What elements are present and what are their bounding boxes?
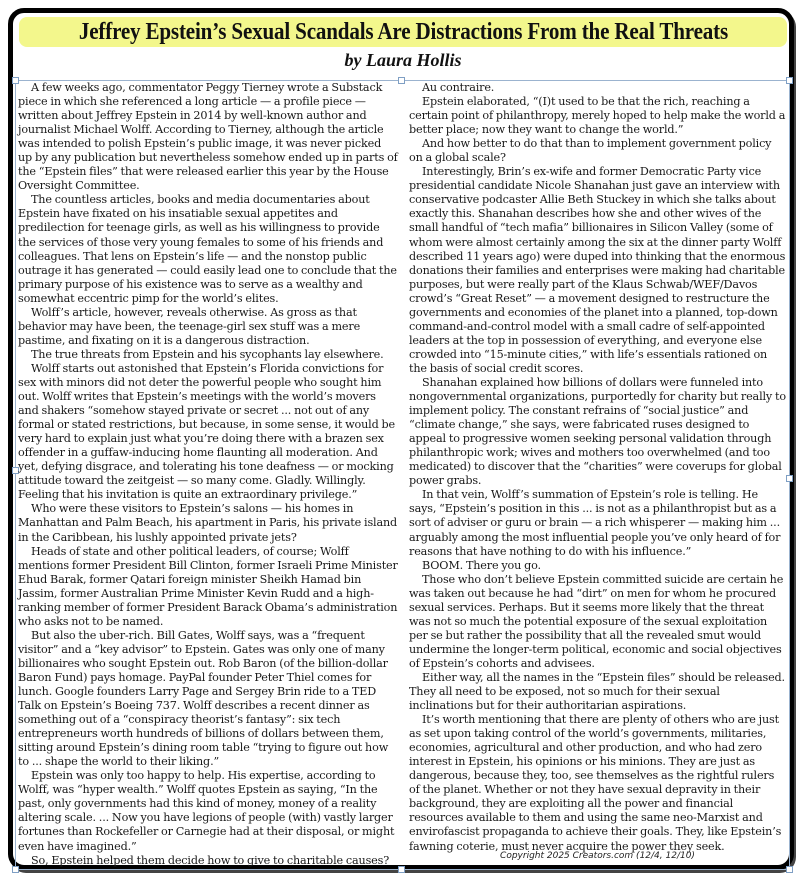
- paragraph: Wolff starts out astonished that Epstein…: [18, 362, 398, 502]
- title-highlight: Jeffrey Epstein’s Sexual Scandals Are Di…: [19, 17, 787, 47]
- resize-handle-middle-right[interactable]: [786, 475, 793, 482]
- paragraph: The countless articles, books and media …: [18, 193, 398, 305]
- paragraph: Those who don’t believe Epstein committe…: [409, 573, 786, 671]
- article-title: Jeffrey Epstein’s Sexual Scandals Are Di…: [78, 18, 727, 46]
- paragraph: Interestingly, Brin’s ex-wife and former…: [409, 165, 786, 376]
- paragraph: It’s worth mentioning that there are ple…: [409, 713, 786, 853]
- resize-handle-bottom-middle[interactable]: [398, 866, 405, 873]
- paragraph: Au contraire.: [409, 81, 786, 95]
- paragraph: But also the uber-rich. Bill Gates, Wolf…: [18, 629, 398, 769]
- paragraph: The true threats from Epstein and his sy…: [18, 348, 398, 362]
- resize-handle-bottom-right[interactable]: [786, 866, 793, 873]
- paragraph: In that vein, Wolff’s summation of Epste…: [409, 488, 786, 558]
- paragraph: Who were these visitors to Epstein’s sal…: [18, 502, 398, 544]
- paragraph: Epstein was only too happy to help. His …: [18, 769, 398, 853]
- right-column: Au contraire. Epstein elaborated, “(I)t …: [409, 81, 786, 854]
- left-column: A few weeks ago, commentator Peggy Tiern…: [18, 81, 398, 868]
- paragraph: BOOM. There you go.: [409, 559, 786, 573]
- byline: by Laura Hollis: [0, 50, 806, 71]
- paragraph: Either way, all the names in the “Epstei…: [409, 671, 786, 713]
- paragraph: So, Epstein helped them decide how to gi…: [18, 854, 398, 868]
- paragraph: Epstein elaborated, “(I)t used to be tha…: [409, 95, 786, 137]
- paragraph: And how better to do that than to implem…: [409, 137, 786, 165]
- resize-handle-top-right[interactable]: [786, 77, 793, 84]
- resize-handle-top-middle[interactable]: [398, 77, 405, 84]
- paragraph: Heads of state and other political leade…: [18, 545, 398, 629]
- paragraph: Shanahan explained how billions of dolla…: [409, 376, 786, 488]
- paragraph: A few weeks ago, commentator Peggy Tiern…: [18, 81, 398, 193]
- paragraph: Wolff’s article, however, reveals otherw…: [18, 306, 398, 348]
- copyright-notice: Copyright 2025 Creators.com (12/4, 12/10…: [409, 851, 786, 861]
